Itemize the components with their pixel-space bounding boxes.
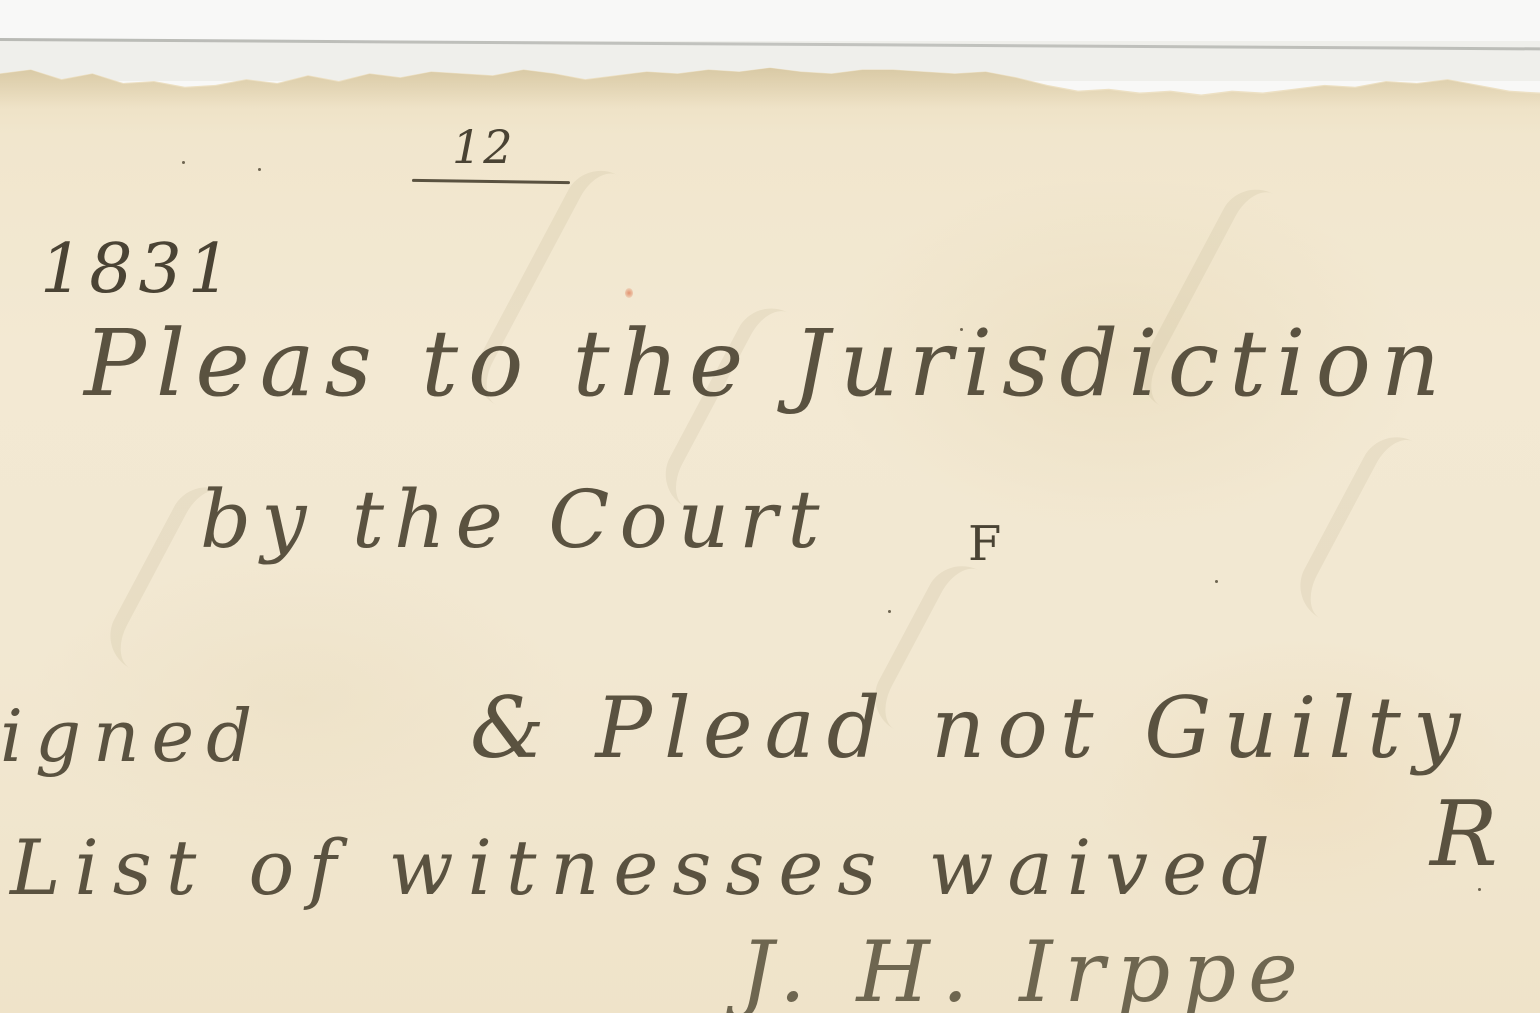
text-list-of-witnesses-waived: List of witnesses waived bbox=[10, 830, 1284, 906]
text-igned-fragment: igned bbox=[0, 700, 264, 772]
text-by-the-court: by the Court bbox=[200, 480, 830, 560]
paper-speck bbox=[1215, 580, 1218, 583]
paper-speck bbox=[182, 161, 185, 164]
page-number: 12 bbox=[452, 124, 515, 170]
margin-mark-f: F bbox=[968, 520, 1003, 568]
paper-speck bbox=[258, 168, 261, 171]
paper-speck bbox=[1478, 888, 1481, 891]
heading-pleas-to-the-jurisdiction: Pleas to the Jurisdiction bbox=[84, 318, 1450, 410]
paper-speck bbox=[888, 610, 891, 613]
ink-fleck bbox=[625, 288, 633, 298]
year: 1831 bbox=[40, 236, 237, 304]
signature: J. H. Irppe bbox=[740, 930, 1310, 1013]
scanned-document: 12 1831 Pleas to the Jurisdiction by the… bbox=[0, 0, 1540, 1013]
text-trailing-letter: R bbox=[1430, 790, 1500, 880]
text-plead-not-guilty: & Plead not Guilty bbox=[470, 686, 1472, 770]
